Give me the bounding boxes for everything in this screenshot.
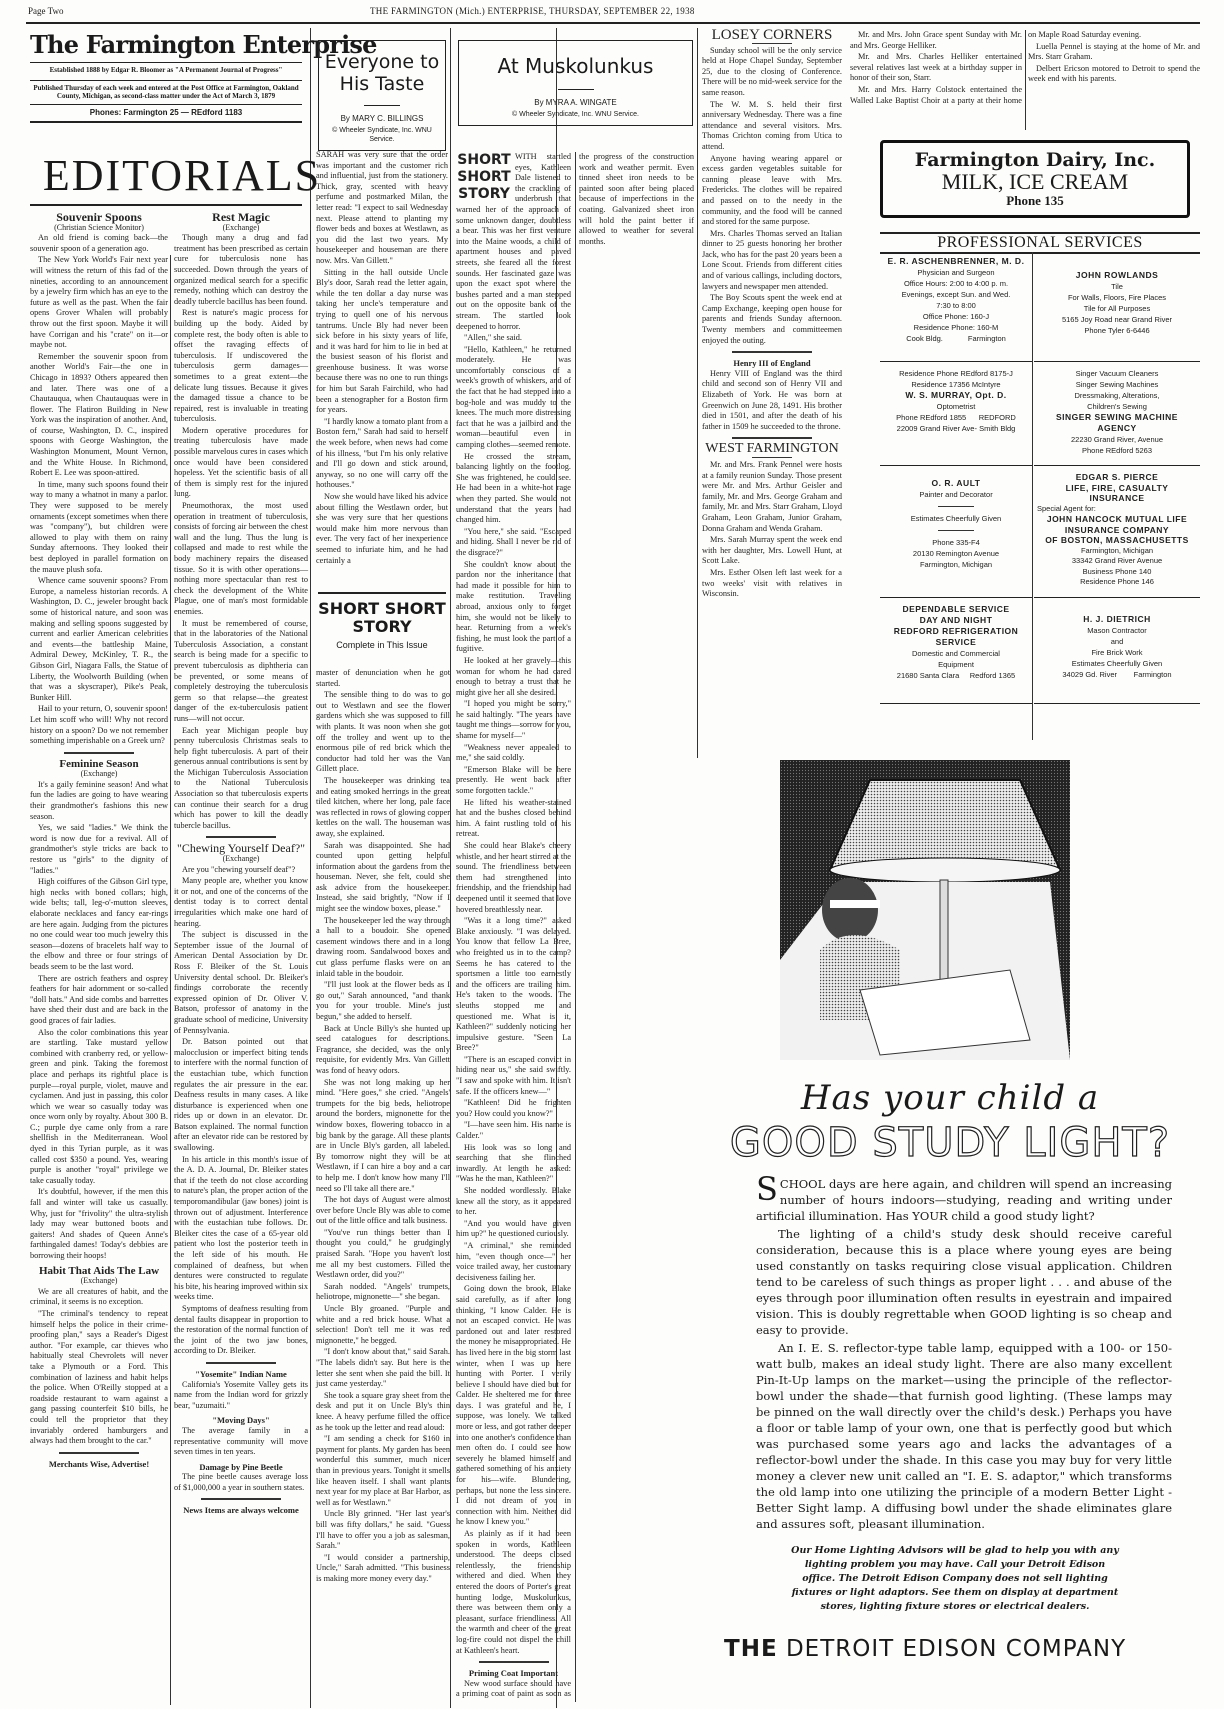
story2-title: At Muskolunkus [463, 55, 688, 77]
paragraph: Modern operative procedures for treating… [174, 426, 308, 500]
paragraph: She was not long making up her mind. "He… [316, 1078, 450, 1195]
established-line: Established 1888 by Edgar R. Bloomer as … [30, 66, 302, 74]
paragraph: "Kathleen! Did he frighten you? How coul… [456, 1098, 571, 1119]
filler-footer: News Items are always welcome [174, 1505, 308, 1516]
dairy-products: MILK, ICE CREAM [887, 171, 1183, 193]
paragraph: Now she would have liked his advice abou… [316, 492, 448, 566]
child-studying-lamp-icon [780, 760, 1070, 1060]
paragraph: "I'll just look at the flower beds as I … [316, 980, 450, 1022]
paragraph: The lighting of a child's study desk sho… [756, 1226, 1172, 1338]
editorial-column-1: Souvenir Spoons (Christian Science Monit… [30, 212, 168, 1469]
paragraph: Dr. Batson pointed out that malocclusion… [174, 1037, 308, 1154]
story1-title: Everyone to His Taste [323, 51, 441, 95]
feminine-source: (Exchange) [30, 769, 168, 780]
chewing-source: (Exchange) [174, 854, 308, 865]
page-folio: Page Two THE FARMINGTON (Mich.) ENTERPRI… [0, 4, 1224, 22]
paragraph: Uncle Bly groaned. "Purple and white and… [316, 1304, 450, 1346]
dateline: THE FARMINGTON (Mich.) ENTERPRISE, THURS… [370, 6, 695, 16]
paragraph: Sunday school will be the only service h… [702, 46, 842, 99]
paragraph: "Emerson Blake will be here presently. H… [456, 765, 571, 797]
card-rowlands: JOHN ROWLANDS Tile For Walls, Floors, Fi… [1034, 252, 1200, 362]
rest-source: (Exchange) [174, 223, 308, 234]
paragraph: She couldn't know about the pardon nor t… [456, 560, 571, 655]
paragraph: She nodded wordlessly. Blake knew all th… [456, 1186, 571, 1218]
story2-byline: By MYRA A. WINGATE [463, 98, 688, 107]
ad-body-copy: SCHOOL days are here again, and children… [756, 1176, 1172, 1532]
paragraph: The subject is discussed in the Septembe… [174, 930, 308, 1036]
losey-corners-continued: Mr. and Mrs. John Grace spent Sunday wit… [850, 30, 1200, 130]
paragraph: The W. M. S. held their first anniversar… [702, 100, 842, 153]
filler-title: "Yosemite" Indian Name [174, 1369, 308, 1380]
losey-title: LOSEY CORNERS [702, 30, 842, 41]
publication-notice: Published Thursday of each week and ente… [30, 84, 302, 100]
story1-body: SARAH was very sure that the order was i… [316, 150, 448, 567]
souvenir-title: Souvenir Spoons [30, 212, 168, 223]
paragraph: The New York World's Fair next year will… [30, 255, 168, 350]
editorial-column-2: Rest Magic (Exchange) Though many a drug… [174, 212, 308, 1516]
masthead: The Farmington Enterprise Established 18… [30, 30, 302, 126]
editorials-banner: EDITORIALS [32, 150, 332, 201]
paragraph: Back at Uncle Billy's she hunted up seed… [316, 1024, 450, 1077]
paragraph: It's a gaily feminine season! And what f… [30, 780, 168, 822]
souvenir-source: (Christian Science Monitor) [30, 223, 168, 234]
paragraph: Sarah nodded. "Angels' trumpets, heliotr… [316, 1282, 450, 1303]
paragraph: Symptoms of deafness resulting from dent… [174, 1304, 308, 1357]
lamp-illustration [780, 760, 1070, 1060]
paragraph: There are ostrich feathers and osprey fe… [30, 974, 168, 1027]
henry-title: Henry III of England [702, 358, 842, 369]
sss-line1: SHORT SHORT [318, 600, 446, 618]
paragraph: "I—have seen him. His name is Calder." [456, 1120, 571, 1141]
paragraph: "I hardly know a tomato plant from a Bos… [316, 417, 448, 491]
paragraph: Mr. and Mrs. John Grace spent Sunday wit… [850, 30, 1022, 51]
paragraph: Yes, we said "ladies." We think the word… [30, 823, 168, 876]
paragraph: Uncle Bly grinned. "Her last year's bill… [316, 1509, 450, 1551]
detroit-edison-ad: Has your child a GOOD STUDY LIGHT? SCHOO… [700, 760, 1200, 1705]
rest-title: Rest Magic [174, 212, 308, 223]
paragraph: The housekeeper was drinking tea and eat… [316, 776, 450, 840]
short-short-story-box: SHORT SHORT STORY Complete in This Issue [318, 592, 446, 650]
paragraph: Though many a drug and fad treatment has… [174, 233, 308, 307]
paragraph: "Allen," she said. [456, 333, 571, 344]
filler-title: Damage by Pine Beetle [174, 1462, 308, 1473]
newspaper-title: The Farmington Enterprise [30, 30, 302, 59]
story2-sss-label: SHORT SHORT STORY [456, 152, 512, 203]
paragraph: We are all creatures of habit, and the c… [30, 1287, 168, 1308]
feminine-title: Feminine Season [30, 759, 168, 770]
ad-script-headline: Has your child a [700, 1078, 1200, 1118]
filler-text: California's Yosemite Valley gets its na… [174, 1380, 308, 1412]
paragraph: Sitting in the hall outside Uncle Bly's … [316, 268, 448, 416]
card-dietrich: H. J. DIETRICH Mason Contractor and Fire… [1034, 600, 1200, 704]
paragraph: It must be remembered of course, that in… [174, 619, 308, 725]
west-farmington-title: WEST FARMINGTON [702, 444, 842, 455]
editorials-rule [30, 204, 302, 206]
paragraph: Mr. and Mrs. Frank Pennel were hosts at … [702, 460, 842, 534]
story2-copyright: © Wheeler Syndicate, Inc. WNU Service. [463, 110, 688, 119]
losey-corners-column: LOSEY CORNERS Sunday school will be the … [702, 30, 842, 601]
paragraph: "I am sending a check for $160 in paymen… [316, 1434, 450, 1508]
drop-cap: S [756, 1176, 778, 1202]
paragraph: Mrs. Sarah Murray spent the week end wit… [702, 535, 842, 567]
habit-source: (Exchange) [30, 1276, 168, 1287]
paragraph: As plainly as if it had been spoken in w… [456, 1529, 571, 1656]
paragraph: He lifted his weather-stained hat and th… [456, 798, 571, 840]
paragraph: Rest is nature's magic process for build… [174, 308, 308, 425]
paragraph: "And you would have given him up?" he qu… [456, 1219, 571, 1240]
paragraph: It's doubtful, however, if the men this … [30, 1187, 168, 1261]
column-rule [450, 28, 451, 1708]
column-rule [310, 28, 311, 1708]
story1-continued: master of denunciation when he got start… [316, 668, 450, 1585]
paragraph: The Boy Scouts spent the week end at Cam… [702, 293, 842, 346]
card-murray: Residence Phone REdford 8175-J Residence… [880, 364, 1032, 466]
paragraph: Mrs. Esther Olsen left last week for a t… [702, 568, 842, 600]
paragraph: Going down the brook, Blake said careful… [456, 1284, 571, 1528]
professional-services-heading: PROFESSIONAL SERVICES [880, 232, 1200, 254]
habit-title: Habit That Aids The Law [30, 1266, 168, 1277]
professional-services-grid: E. R. ASCHENBRENNER, M. D. Physician and… [880, 252, 1200, 740]
filler-title: "Moving Days" [174, 1415, 308, 1426]
paragraph: Mrs. Charles Thomas served an Italian di… [702, 229, 842, 293]
paragraph: An I. E. S. reflector-type table lamp, e… [756, 1340, 1172, 1532]
dairy-phone: Phone 135 [887, 193, 1183, 209]
paragraph: "You've run things better than I thought… [316, 1228, 450, 1281]
paragraph: Many people are, whether you know it or … [174, 876, 308, 929]
story2-body: SHORT SHORT STORY WITH startled eyes, Ka… [456, 152, 694, 1702]
paragraph: In his article in this month's issue of … [174, 1155, 308, 1303]
filler-text: The average family in a representative c… [174, 1426, 308, 1458]
paragraph: "I hoped you might be sorry," he said ha… [456, 699, 571, 741]
story1-byline: By MARY C. BILLINGS [323, 114, 441, 123]
chewing-title: "Chewing Yourself Deaf?" [174, 843, 308, 854]
farmington-dairy-ad: Farmington Dairy, Inc. MILK, ICE CREAM P… [880, 140, 1190, 218]
paragraph: Mr. and Mrs. Charles Helliker entertaine… [850, 52, 1022, 84]
card-pierce: EDGAR S. PIERCE LIFE, FIRE, CASUALTY INS… [1034, 468, 1200, 598]
detroit-edison-signature: THE DETROIT EDISON COMPANY [724, 1636, 1200, 1662]
page-number: Page Two [28, 6, 63, 16]
paragraph: Sarah was disappointed. She had counted … [316, 841, 450, 915]
story1-title-box: Everyone to His Taste By MARY C. BILLING… [318, 40, 446, 151]
paragraph: She took a square gray sheet from the de… [316, 1391, 450, 1433]
paragraph: Whence came souvenir spoons? From Europe… [30, 576, 168, 703]
paragraph: "The criminal's tendency to repeat himse… [30, 1309, 168, 1447]
paragraph: Luella Pennel is staying at the home of … [1028, 42, 1200, 63]
paragraph: He crossed the stream, balancing lightly… [456, 452, 571, 526]
paragraph: He looked at her gravely—this woman for … [456, 656, 571, 698]
paragraph: An old friend is coming back—the souveni… [30, 233, 168, 254]
card-ault: O. R. AULT Painter and Decorator Estimat… [880, 468, 1032, 598]
story2-title-box: At Muskolunkus By MYRA A. WINGATE © Whee… [458, 40, 693, 126]
paragraph: The hot days of August were almost over … [316, 1195, 450, 1227]
ad-headline: GOOD STUDY LIGHT? [700, 1120, 1200, 1166]
card-aschenbrenner: E. R. ASCHENBRENNER, M. D. Physician and… [880, 252, 1032, 362]
paragraph: Hail to your return, O, souvenir spoon! … [30, 704, 168, 746]
column-rule [170, 255, 171, 1705]
paragraph: Pneumothorax, the most used operation in… [174, 501, 308, 618]
henry-text: Henry VIII of England was the third chil… [702, 369, 842, 433]
paragraph: She could hear Blake's cheery whistle, a… [456, 841, 571, 915]
phones-line: Phones: Farmington 25 — REdford 1183 [30, 108, 302, 117]
paragraph: High coiffures of the Gibson Girl type, … [30, 877, 168, 972]
story1-copyright: © Wheeler Syndicate, Inc. WNU Service. [323, 126, 441, 144]
filler-text: The pine beetle causes average loss of $… [174, 1472, 308, 1493]
paragraph: His look was so long and searching that … [456, 1143, 571, 1185]
paragraph: "You here," she said. "Escaped and hidin… [456, 527, 571, 559]
paragraph: Remember the souvenir spoon from another… [30, 352, 168, 479]
paragraph: "Weakness never appealed to me," she sai… [456, 743, 571, 764]
paragraph: "I don't know about that," said Sarah. "… [316, 1347, 450, 1389]
paragraph: The housekeeper led the way through a ha… [316, 916, 450, 980]
paragraph: "Hello, Kathleen," he returned moderatel… [456, 345, 571, 451]
paragraph: master of denunciation when he got start… [316, 668, 450, 689]
paragraph: SARAH was very sure that the order was i… [316, 150, 448, 267]
paragraph: "Was it a long time?" asked Blake anxiou… [456, 916, 571, 1054]
paragraph: "A criminal," she reminded him, "even th… [456, 1241, 571, 1283]
paragraph: Delbert Ericson motored to Detroit to sp… [1028, 64, 1200, 85]
filler-title: Priming Coat Important [456, 1668, 571, 1679]
paragraph: Anyone having wearing apparel or excess … [702, 154, 842, 228]
ad-advisor-note: Our Home Lighting Advisors will be glad … [790, 1544, 1120, 1614]
card-singer: Singer Vacuum Cleaners Singer Sewing Mac… [1034, 364, 1200, 466]
sss-tagline: Complete in This Issue [318, 640, 446, 650]
paragraph: Are you "chewing yourself deaf"? [174, 865, 308, 876]
top-rule [26, 22, 1200, 24]
paragraph: "I would consider a partnership, Uncle,"… [316, 1553, 450, 1585]
paragraph: In time, many such spoons found their wa… [30, 480, 168, 575]
dairy-name: Farmington Dairy, Inc. [887, 149, 1183, 171]
sss-line2: STORY [318, 618, 446, 636]
paragraph: Also the color combinations this year ar… [30, 1028, 168, 1187]
story2-header: At Muskolunkus By MYRA A. WINGATE © Whee… [458, 40, 693, 126]
paragraph: CHOOL days are here again, and children … [756, 1177, 1172, 1223]
column-rule [697, 28, 698, 758]
paragraph: The sensible thing to do was to go out t… [316, 690, 450, 775]
story1-header: Everyone to His Taste By MARY C. BILLING… [318, 40, 446, 151]
paragraph: "There is an escaped convict in hiding n… [456, 1055, 571, 1097]
paragraph: Each year Michigan people buy penny tube… [174, 726, 308, 832]
card-redford-refrigeration: DEPENDABLE SERVICE DAY AND NIGHT REDFORD… [880, 600, 1032, 704]
habit-footer: Merchants Wise, Advertise! [30, 1459, 168, 1470]
